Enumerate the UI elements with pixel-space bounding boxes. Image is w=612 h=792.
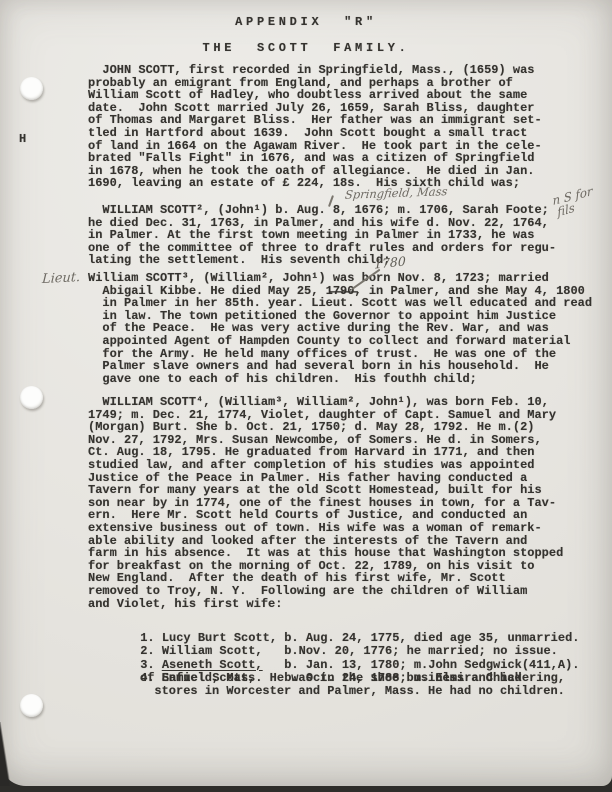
paragraph-william-scott-4: WILLIAM SCOTT⁴, (William³, William², Joh… (88, 396, 563, 610)
handwritten-lieut-note: Lieut. (42, 270, 81, 287)
child-name-underlined: Aseneth Scott, (162, 659, 284, 672)
child-detail: b.Nov. 20, 1776; he married; no issue. (284, 644, 558, 658)
list-item: 1.Lucy Burt Scott,b. Aug. 24, 1775, died… (97, 619, 579, 632)
handwritten-place-note: Springfield, Mass (344, 184, 448, 202)
child-detail: b. Aug. 24, 1775, died age 35, unmarried… (284, 631, 579, 645)
punch-hole-bottom (20, 694, 43, 717)
child-detail-continuation: of Enfield, Mass. He was in the shoe bus… (140, 672, 565, 698)
torn-corner-shadow (0, 722, 10, 786)
child-name: William Scott, (162, 645, 284, 658)
margin-letter: H (19, 133, 26, 146)
paragraph-william-scott-2: WILLIAM SCOTT², (John¹) b. Aug. 8, 1676;… (88, 204, 556, 267)
family-title: THE SCOTT FAMILY. (0, 42, 612, 55)
punch-hole-middle (20, 386, 43, 409)
appendix-title: APPENDIX "R" (0, 16, 612, 29)
child-detail: b. Jan. 13, 1780; m.John Sedgwick(411,A)… (284, 658, 579, 672)
document-page: H APPENDIX "R" THE SCOTT FAMILY. JOHN SC… (0, 0, 612, 786)
punch-hole-top (20, 77, 43, 100)
children-list: 1.Lucy Burt Scott,b. Aug. 24, 1775, died… (97, 619, 579, 672)
paragraph-john-scott: JOHN SCOTT, first recorded in Springfiel… (88, 64, 542, 190)
scanned-page-background: { "doc": { "margin_letter": "H", "titles… (0, 0, 612, 792)
child-number: 2. (140, 645, 162, 658)
paragraph-william-scott-3: William SCOTT³, (William², John¹) was bo… (88, 272, 592, 385)
child-number: 3. (140, 659, 162, 672)
